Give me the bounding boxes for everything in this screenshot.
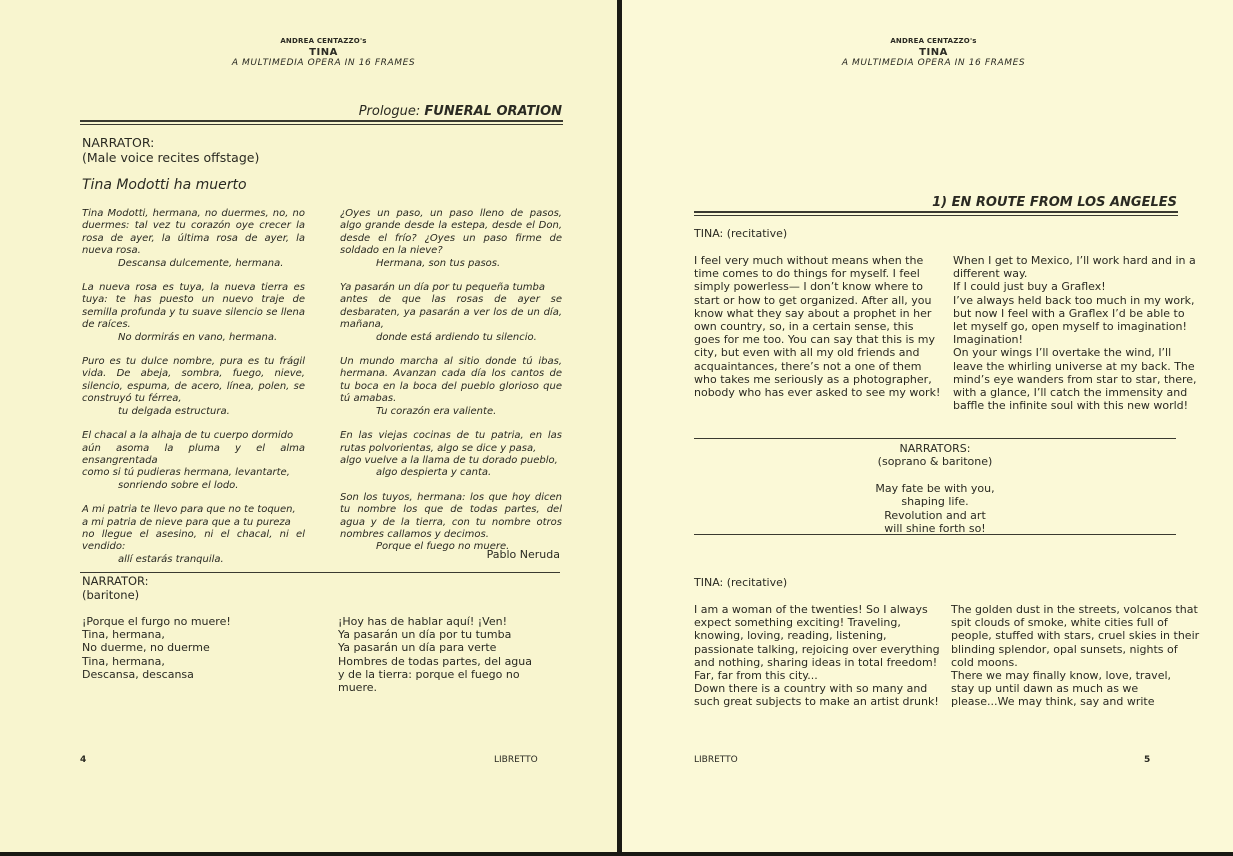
text-line: spit clouds of smoke, white cities full … — [951, 616, 1199, 629]
text-line: expect something exciting! Traveling, — [694, 616, 940, 629]
song-line: Descansa, descansa — [82, 668, 231, 681]
text-line: Down there is a country with so many and — [694, 682, 940, 695]
footer-label: LIBRETTO — [494, 755, 538, 765]
text-line: people, stuffed with stars, cruel skies … — [951, 629, 1199, 642]
page-header: ANDREA CENTAZZO's TINA A MULTIMEDIA OPER… — [634, 38, 1233, 69]
text-line: leave the whirling universe at my back. … — [953, 360, 1197, 373]
poem-refrain: donde está ardiendo tu silencio. — [340, 332, 562, 344]
text-line: let myself go, open myself to imaginatio… — [953, 320, 1197, 333]
left-page: ANDREA CENTAZZO's TINA A MULTIMEDIA OPER… — [0, 0, 617, 852]
header-title: TINA — [634, 47, 1233, 58]
tina-text-2-right: The golden dust in the streets, volcanos… — [951, 603, 1199, 709]
text-line: but now I feel with a Graflex I’d be abl… — [953, 307, 1197, 320]
header-author: ANDREA CENTAZZO's — [30, 38, 617, 46]
poem-title: Tina Modotti ha muerto — [82, 179, 247, 192]
song-line: No duerme, no duerme — [82, 641, 231, 654]
poem-line: antes de que las rosas de ayer se desbar… — [340, 294, 562, 331]
text-line: different way. — [953, 267, 1197, 280]
song-line: Hombres de todas partes, del agua — [338, 655, 560, 668]
poem-refrain: allí estarás tranquila. — [82, 554, 305, 566]
text-line: If I could just buy a Graflex! — [953, 280, 1197, 293]
text-line: own country, so, in a certain sense, thi… — [694, 320, 940, 333]
text-line: knowing, loving, reading, listening, — [694, 629, 940, 642]
poem-stanza: Ya pasarán un día por tu pequeña tumbaan… — [340, 282, 562, 344]
section-title: FUNERAL ORATION — [424, 104, 562, 119]
poem-stanza: Son los tuyos, hermana: los que hoy dice… — [340, 492, 562, 554]
page-header: ANDREA CENTAZZO's TINA A MULTIMEDIA OPER… — [30, 38, 617, 69]
narrators-note: (soprano & baritone) — [694, 455, 1176, 468]
section-heading: Prologue: FUNERAL ORATION — [359, 104, 562, 119]
tina-text-1-left: I feel very much without means when thet… — [694, 254, 940, 399]
divider — [80, 572, 560, 573]
text-line: goes for me too. You can say that this i… — [694, 333, 940, 346]
poem-refrain: Descansa dulcemente, hermana. — [82, 258, 305, 270]
song-line: Ya pasarán un día para verte — [338, 641, 560, 654]
poem-refrain: algo despierta y canta. — [340, 467, 562, 479]
text-line: know what they say about a prophet in he… — [694, 307, 940, 320]
poem-line: algo vuelve a la llama de tu dorado pueb… — [340, 455, 562, 467]
narrator2-block: NARRATOR: (baritone) — [82, 574, 149, 602]
text-line: mind’s eye wanders from star to star, th… — [953, 373, 1197, 386]
poem-line: La nueva rosa es tuya, la nueva tierra e… — [82, 282, 305, 332]
poem-line: A mi patria te llevo para que no te toqu… — [82, 504, 305, 516]
right-page: ANDREA CENTAZZO's TINA A MULTIMEDIA OPER… — [622, 0, 1233, 852]
narrator-note: (Male voice recites offstage) — [82, 150, 259, 165]
poem-refrain: Hermana, son tus pasos. — [340, 258, 562, 270]
poem-refrain: sonriendo sobre el lodo. — [82, 480, 305, 492]
header-subtitle: A MULTIMEDIA OPERA IN 16 FRAMES — [634, 59, 1233, 69]
narrator2-label: NARRATOR: — [82, 574, 149, 588]
poem-author: Pablo Neruda — [487, 548, 560, 561]
footer-label: LIBRETTO — [694, 755, 738, 765]
text-line: I am a woman of the twenties! So I alway… — [694, 603, 940, 616]
poem-column-right: ¿Oyes un paso, un paso lleno de pasos, a… — [340, 208, 562, 566]
song-line: ¡Hoy has de hablar aquí! ¡Ven! — [338, 615, 560, 628]
text-line: and nothing, sharing ideas in total free… — [694, 656, 940, 669]
poem-line: Puro es tu dulce nombre, pura es tu frág… — [82, 356, 305, 406]
song-line: ¡Porque el furgo no muere! — [82, 615, 231, 628]
poem-column-left: Tina Modotti, hermana, no duermes, no, n… — [82, 208, 305, 578]
song-left: ¡Porque el furgo no muere!Tina, hermana,… — [82, 615, 231, 681]
poem-line: Tina Modotti, hermana, no duermes, no, n… — [82, 208, 305, 258]
song-right: ¡Hoy has de hablar aquí! ¡Ven!Ya pasarán… — [338, 615, 560, 694]
poem-refrain: No dormirás en vano, hermana. — [82, 332, 305, 344]
page-number: 4 — [80, 755, 86, 765]
text-line: The golden dust in the streets, volcanos… — [951, 603, 1199, 616]
poem-line: aún asoma la pluma y el alma ensangrenta… — [82, 443, 305, 468]
text-line: who takes me seriously as a photographer… — [694, 373, 940, 386]
page-number: 5 — [1144, 755, 1150, 765]
song-line: Tina, hermana, — [82, 655, 231, 668]
poem-line: Son los tuyos, hermana: los que hoy dice… — [340, 492, 562, 542]
text-line: simply powerless— I don’t know where to — [694, 280, 940, 293]
song-line: Tina, hermana, — [82, 628, 231, 641]
header-author: ANDREA CENTAZZO's — [634, 38, 1233, 46]
text-line: such great subjects to make an artist dr… — [694, 695, 940, 708]
narrators-label: NARRATORS: — [694, 442, 1176, 455]
text-line: Imagination! — [953, 333, 1197, 346]
poem-line: En las viejas cocinas de tu patria, en l… — [340, 430, 562, 455]
poem-refrain: Tu corazón era valiente. — [340, 406, 562, 418]
section-heading: 1) EN ROUTE FROM LOS ANGELES — [932, 195, 1177, 210]
narrator-block: NARRATOR: (Male voice recites offstage) — [82, 135, 259, 165]
poem-line: como si tú pudieras hermana, levantarte, — [82, 467, 305, 479]
text-line: I feel very much without means when the — [694, 254, 940, 267]
poem-stanza: El chacal a la alhaja de tu cuerpo dormi… — [82, 430, 305, 492]
text-line: baffle the infinite soul with this new w… — [953, 399, 1197, 412]
poem-stanza: Tina Modotti, hermana, no duermes, no, n… — [82, 208, 305, 270]
poem-stanza: ¿Oyes un paso, un paso lleno de pasos, a… — [340, 208, 562, 270]
text-line: On your wings I’ll overtake the wind, I’… — [953, 346, 1197, 359]
header-subtitle: A MULTIMEDIA OPERA IN 16 FRAMES — [30, 59, 617, 69]
text-line: Far, far from this city... — [694, 669, 940, 682]
text-line: When I get to Mexico, I’ll work hard and… — [953, 254, 1197, 267]
tina-text-2-left: I am a woman of the twenties! So I alway… — [694, 603, 940, 709]
narrators-line: May fate be with you, — [694, 482, 1176, 495]
text-line: please...We may think, say and write — [951, 695, 1199, 708]
poem-stanza: En las viejas cocinas de tu patria, en l… — [340, 430, 562, 480]
song-line: y de la tierra: porque el fuego no muere… — [338, 668, 560, 694]
tina-text-1-right: When I get to Mexico, I’ll work hard and… — [953, 254, 1197, 412]
text-line: nobody who has ever asked to see my work… — [694, 386, 940, 399]
narrators-lines: May fate be with you,shaping life.Revolu… — [694, 482, 1176, 536]
poem-refrain: tu delgada estructura. — [82, 406, 305, 418]
tina-label-1: TINA: (recitative) — [694, 227, 787, 240]
poem-stanza: La nueva rosa es tuya, la nueva tierra e… — [82, 282, 305, 344]
header-title: TINA — [30, 47, 617, 58]
text-line: stay up until dawn as much as we — [951, 682, 1199, 695]
section-title: 1) EN ROUTE FROM LOS ANGELES — [932, 195, 1177, 210]
text-line: passionate talking, rejoicing over every… — [694, 643, 940, 656]
tina-label-2: TINA: (recitative) — [694, 576, 787, 589]
narrators-block: NARRATORS: (soprano & baritone) May fate… — [694, 442, 1176, 535]
heading-rule — [694, 211, 1178, 213]
narrator-label: NARRATOR: — [82, 135, 259, 150]
text-line: city, but even with all my old friends a… — [694, 346, 940, 359]
song-line: Ya pasarán un día por tu tumba — [338, 628, 560, 641]
text-line: cold moons. — [951, 656, 1199, 669]
poem-line: no llegue el asesino, ni el chacal, ni e… — [82, 529, 305, 554]
poem-stanza: Puro es tu dulce nombre, pura es tu frág… — [82, 356, 305, 418]
text-line: start or how to get organized. After all… — [694, 294, 940, 307]
text-line: blinding splendor, opal sunsets, nights … — [951, 643, 1199, 656]
poem-line: a mi patria de nieve para que a tu purez… — [82, 517, 305, 529]
poem-stanza: Un mundo marcha al sitio donde tú ibas, … — [340, 356, 562, 418]
divider-top — [694, 438, 1176, 439]
poem-line: ¿Oyes un paso, un paso lleno de pasos, a… — [340, 208, 562, 258]
narrators-line: Revolution and art — [694, 509, 1176, 522]
poem-line: El chacal a la alhaja de tu cuerpo dormi… — [82, 430, 305, 442]
poem-stanza: A mi patria te llevo para que no te toqu… — [82, 504, 305, 566]
narrator2-note: (baritone) — [82, 588, 149, 602]
section-prefix: Prologue: — [359, 104, 425, 119]
poem-line: Ya pasarán un día por tu pequeña tumba — [340, 282, 562, 294]
text-line: acquaintances, there’s not a one of them — [694, 360, 940, 373]
narrators-line: shaping life. — [694, 495, 1176, 508]
text-line: with a glance, I’ll catch the immensity … — [953, 386, 1197, 399]
text-line: I’ve always held back too much in my wor… — [953, 294, 1197, 307]
heading-rule — [80, 120, 563, 122]
poem-line: Un mundo marcha al sitio donde tú ibas, … — [340, 356, 562, 406]
divider-bottom — [694, 534, 1176, 535]
text-line: There we may finally know, love, travel, — [951, 669, 1199, 682]
text-line: time comes to do things for myself. I fe… — [694, 267, 940, 280]
